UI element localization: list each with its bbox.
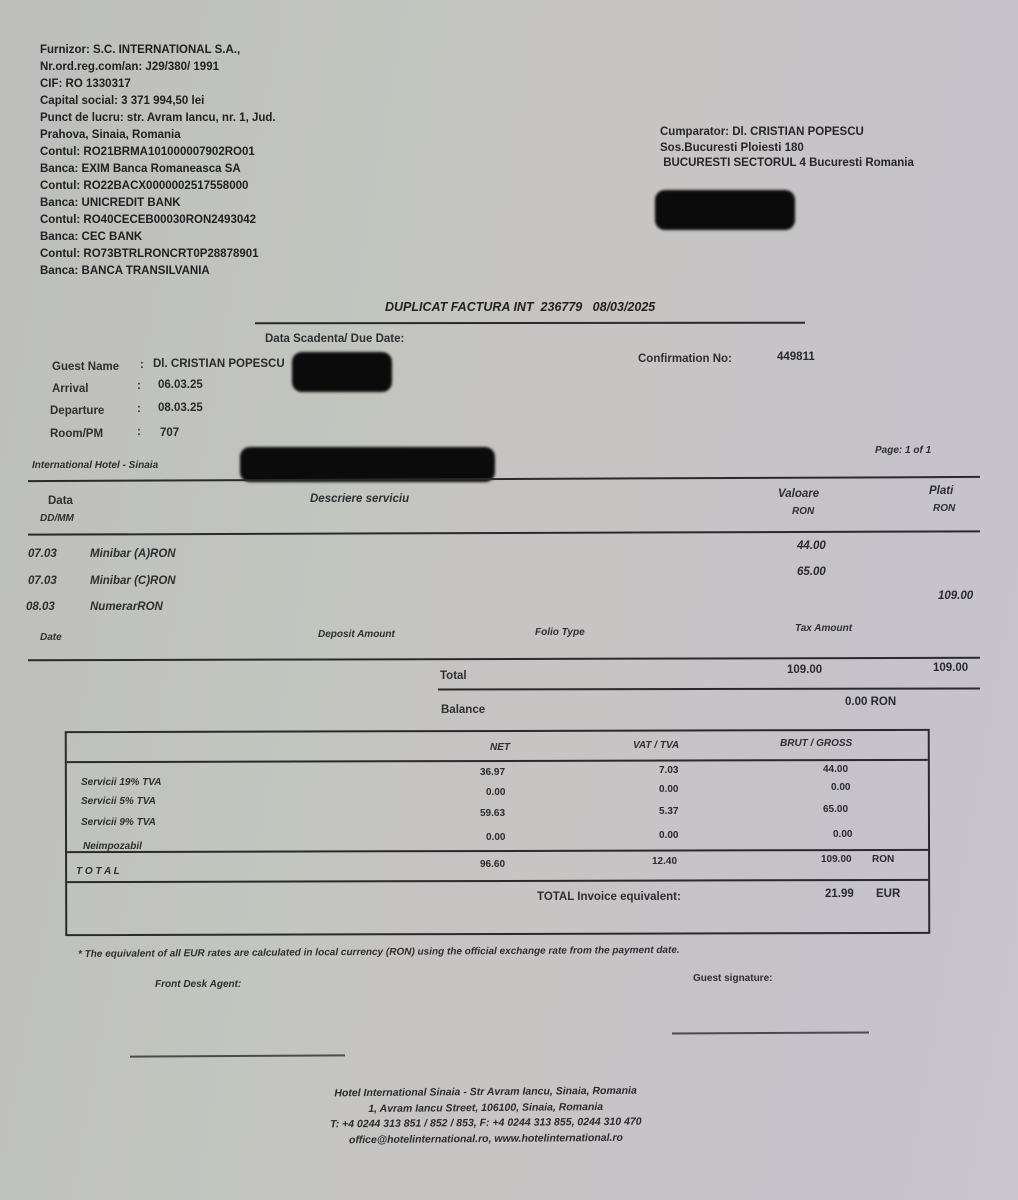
folio-row-3-description: NumerarRON xyxy=(90,601,163,613)
vat-header-gross: BRUT / GROSS xyxy=(780,738,852,749)
guest-name-sep: : xyxy=(140,359,144,371)
supplier-account-3: Contul: RO40CECEB00030RON2493042 xyxy=(40,212,276,229)
vat-row-3-net: 59.63 xyxy=(480,808,505,819)
redaction-hotel-line xyxy=(240,447,495,482)
eur-equivalent-label: TOTAL Invoice equivalent: xyxy=(537,891,681,903)
vat-total-divider xyxy=(67,849,928,853)
vat-row-4-label: Neimpozabil xyxy=(83,841,142,852)
due-date-label: Data Scadenta/ Due Date: xyxy=(265,333,404,345)
folio-row-2-value: 65.00 xyxy=(797,566,826,578)
guest-signature-label: Guest signature: xyxy=(693,973,772,984)
vat-row-4-vat: 0.00 xyxy=(659,830,678,841)
vat-total-label: T O T A L xyxy=(76,866,120,877)
departure-label: Departure xyxy=(50,405,104,417)
supplier-account-2: Contul: RO22BACX0000002517558000 xyxy=(40,178,276,195)
arrival-label: Arrival xyxy=(52,383,88,395)
vat-header-divider xyxy=(67,759,928,763)
room-label: Room/PM xyxy=(50,428,103,440)
total-payments: 109.00 xyxy=(933,662,968,674)
col-header-payments: Plati xyxy=(929,485,953,497)
vat-row-1-vat: 7.03 xyxy=(659,765,678,776)
vat-row-3-vat: 5.37 xyxy=(659,806,678,817)
vat-total-net: 96.60 xyxy=(480,859,505,870)
eur-note: * The equivalent of all EUR rates are ca… xyxy=(78,945,680,960)
vat-row-4-net: 0.00 xyxy=(486,832,505,843)
vat-eur-divider xyxy=(67,879,928,883)
total-divider xyxy=(438,688,980,691)
subheader-folio-type: Folio Type xyxy=(535,627,585,638)
confirmation-value: 449811 xyxy=(777,351,815,363)
redaction-guest xyxy=(292,352,392,392)
buyer-street: Sos.Bucuresti Ploiesti 180 xyxy=(660,141,914,157)
folio-row-3-payment: 109.00 xyxy=(938,590,973,602)
vat-row-3-label: Servicii 9% TVA xyxy=(81,817,156,828)
invoice-title: DUPLICAT FACTURA INT 236779 08/03/2025 xyxy=(385,300,655,314)
col-header-date: Data xyxy=(48,495,73,507)
folio-row-3-date: 08.03 xyxy=(26,601,55,613)
total-value: 109.00 xyxy=(787,664,822,676)
footer-line-4: office@hotelinternational.ro, www.hoteli… xyxy=(330,1130,642,1148)
vat-row-1-gross: 44.00 xyxy=(823,764,848,775)
vat-row-1-label: Servicii 19% TVA xyxy=(81,777,161,788)
departure-value: 08.03.25 xyxy=(158,402,203,414)
folio-top-divider xyxy=(28,476,980,482)
confirmation-label: Confirmation No: xyxy=(638,353,732,365)
supplier-name: Furnizor: S.C. INTERNATIONAL S.A., xyxy=(40,42,276,59)
guest-name-value: Dl. CRISTIAN POPESCU xyxy=(153,358,285,370)
room-sep: : xyxy=(137,426,141,438)
redaction-buyer xyxy=(655,190,795,230)
vat-total-currency: RON xyxy=(872,854,894,865)
folio-row-1-date: 07.03 xyxy=(28,548,57,560)
front-desk-signature-line xyxy=(130,1054,345,1057)
title-divider xyxy=(255,322,805,324)
col-header-description: Descriere serviciu xyxy=(310,493,409,505)
vat-total-gross: 109.00 xyxy=(821,854,852,865)
folio-row-2-description: Minibar (C)RON xyxy=(90,575,176,587)
supplier-block: Furnizor: S.C. INTERNATIONAL S.A., Nr.or… xyxy=(40,42,276,280)
page-indicator: Page: 1 of 1 xyxy=(875,445,931,456)
total-label: Total xyxy=(440,670,467,682)
supplier-bank-1: Banca: EXIM Banca Romaneasca SA xyxy=(40,161,276,178)
guest-name-label: Guest Name xyxy=(52,361,119,373)
supplier-account-4: Contul: RO73BTRLRONCRT0P28878901 xyxy=(40,246,276,263)
eur-equivalent-currency: EUR xyxy=(876,888,900,900)
col-header-payments-currency: RON xyxy=(933,503,955,514)
supplier-address-2: Prahova, Sinaia, Romania xyxy=(40,127,276,144)
subheader-date: Date xyxy=(40,632,62,643)
arrival-sep: : xyxy=(137,380,141,392)
vat-row-2-gross: 0.00 xyxy=(831,782,850,793)
subheader-tax: Tax Amount xyxy=(795,623,852,634)
room-value: 707 xyxy=(160,427,179,439)
departure-sep: : xyxy=(137,403,141,415)
balance-label: Balance xyxy=(441,704,485,716)
folio-header-divider xyxy=(28,530,980,535)
hotel-footer: Hotel International Sinaia - Str Avram I… xyxy=(330,1084,642,1149)
vat-header-net: NET xyxy=(490,742,510,753)
hotel-label: International Hotel - Sinaia xyxy=(32,460,158,471)
arrival-value: 06.03.25 xyxy=(158,379,203,391)
folio-row-1-description: Minibar (A)RON xyxy=(90,548,176,560)
vat-total-vat: 12.40 xyxy=(652,856,677,867)
supplier-bank-4: Banca: BANCA TRANSILVANIA xyxy=(40,263,276,280)
supplier-reg-no: Nr.ord.reg.com/an: J29/380/ 1991 xyxy=(40,59,276,76)
folio-row-2-date: 07.03 xyxy=(28,575,57,587)
buyer-city: BUCURESTI SECTORUL 4 Bucuresti Romania xyxy=(660,156,914,172)
folio-bottom-divider xyxy=(28,657,980,661)
col-header-value: Valoare xyxy=(778,488,819,500)
col-header-date-format: DD/MM xyxy=(40,513,74,524)
vat-row-4-gross: 0.00 xyxy=(833,829,852,840)
guest-signature-line xyxy=(672,1031,869,1034)
buyer-block: Cumparator: Dl. CRISTIAN POPESCU Sos.Buc… xyxy=(660,125,914,172)
front-desk-agent-label: Front Desk Agent: xyxy=(155,979,241,990)
supplier-account-1: Contul: RO21BRMA101000007902RO01 xyxy=(40,144,276,161)
vat-row-1-net: 36.97 xyxy=(480,767,505,778)
supplier-capital: Capital social: 3 371 994,50 lei xyxy=(40,93,276,110)
vat-row-3-gross: 65.00 xyxy=(823,804,848,815)
supplier-bank-2: Banca: UNICREDIT BANK xyxy=(40,195,276,212)
vat-row-2-vat: 0.00 xyxy=(659,784,678,795)
vat-header-vat: VAT / TVA xyxy=(633,740,679,751)
supplier-cif: CIF: RO 1330317 xyxy=(40,76,276,93)
buyer-name: Cumparator: Dl. CRISTIAN POPESCU xyxy=(660,125,914,141)
balance-value: 0.00 RON xyxy=(845,696,896,708)
supplier-bank-3: Banca: CEC BANK xyxy=(40,229,276,246)
supplier-address-1: Punct de lucru: str. Avram Iancu, nr. 1,… xyxy=(40,110,276,127)
subheader-deposit: Deposit Amount xyxy=(318,629,395,640)
eur-equivalent-value: 21.99 xyxy=(825,888,854,900)
col-header-value-currency: RON xyxy=(792,506,814,517)
folio-row-1-value: 44.00 xyxy=(797,540,826,552)
vat-row-2-label: Servicii 5% TVA xyxy=(81,796,156,807)
vat-row-2-net: 0.00 xyxy=(486,787,505,798)
